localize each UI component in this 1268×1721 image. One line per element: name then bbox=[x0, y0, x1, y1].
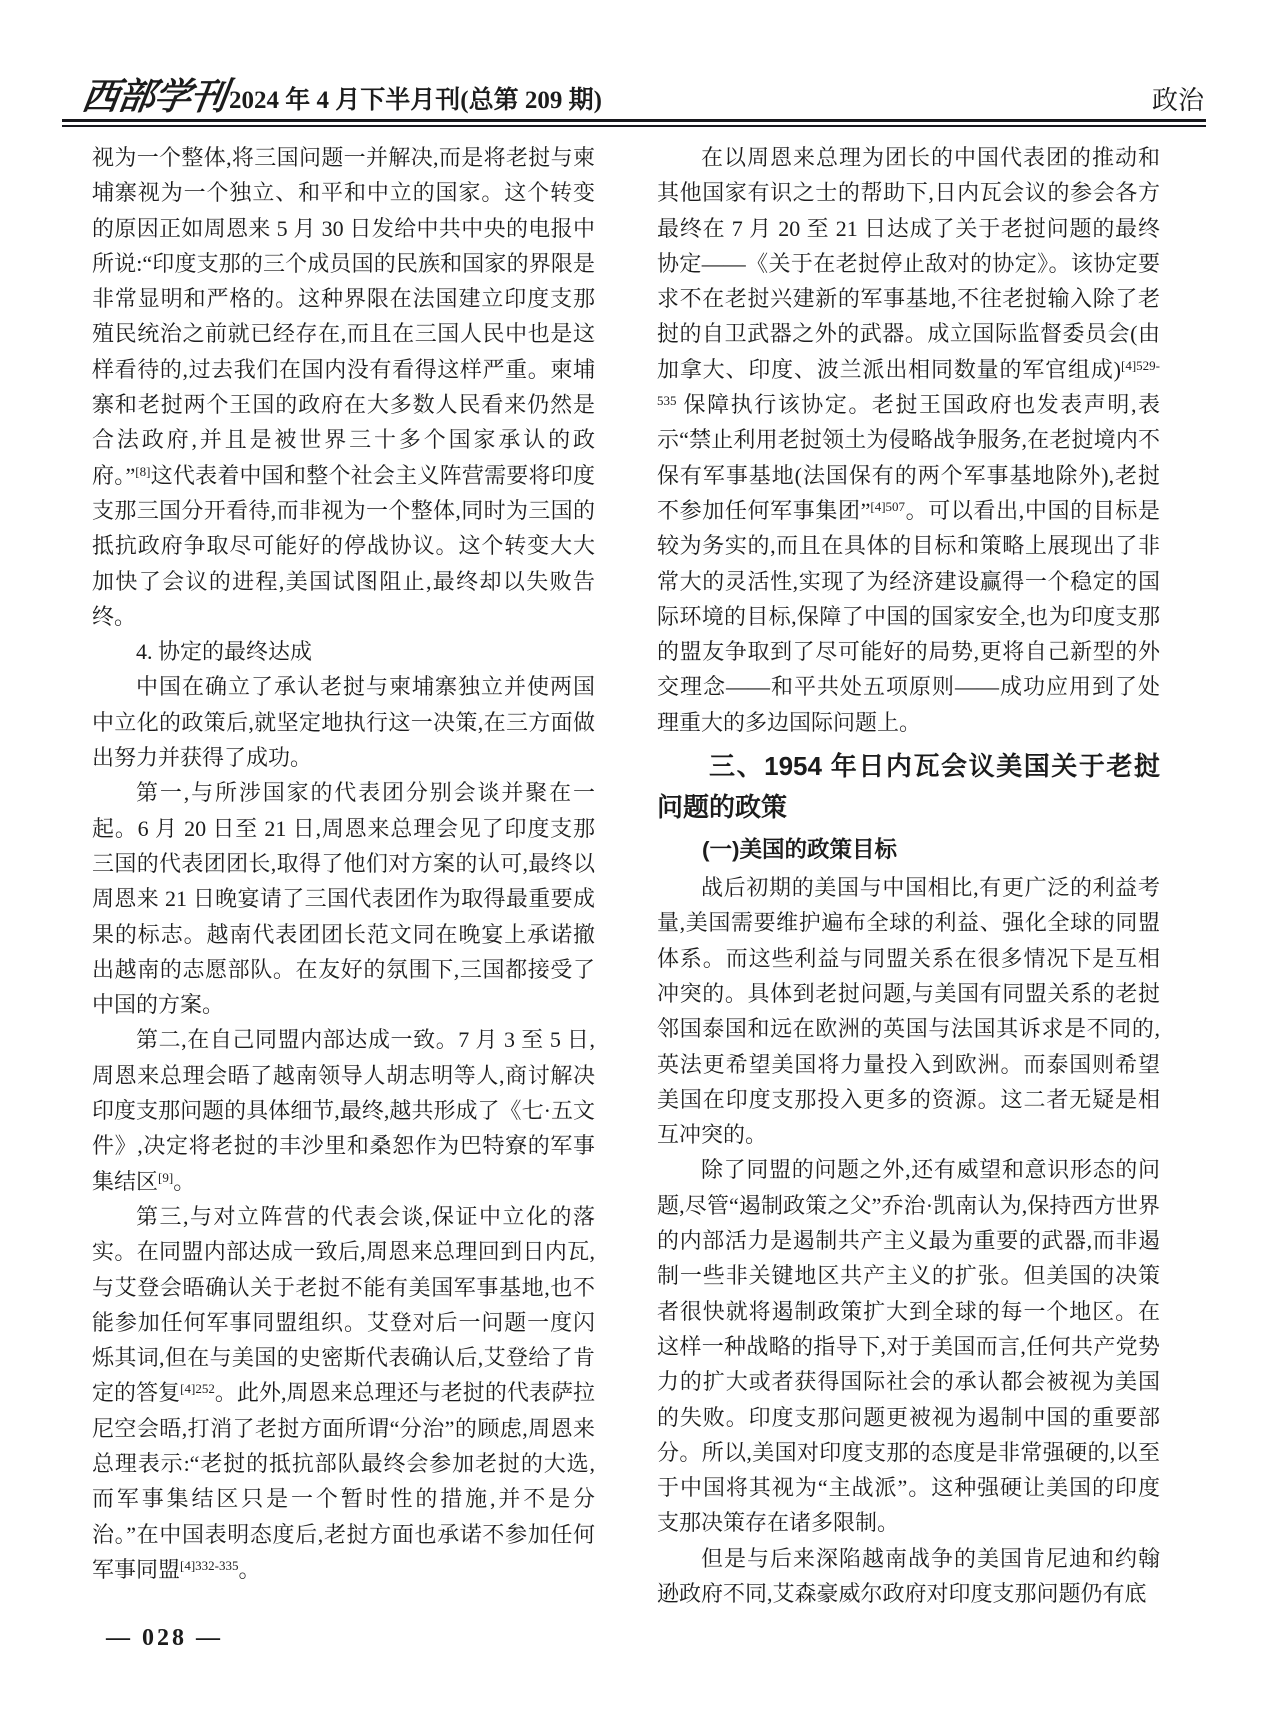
paragraph: 第一,与所涉国家的代表团分别会谈并聚在一起。6 月 20 日至 21 日,周恩来… bbox=[92, 775, 595, 1022]
paragraph: 第二,在自己同盟内部达成一致。7 月 3 至 5 日,周恩来总理会晤了越南领导人… bbox=[92, 1022, 595, 1198]
header-rule bbox=[62, 119, 1206, 127]
citation-ref: [8] bbox=[135, 464, 150, 479]
citation-ref: [9] bbox=[158, 1170, 173, 1185]
section-heading: 三、1954 年日内瓦会议美国关于老挝问题的政策 bbox=[657, 746, 1160, 828]
page-header: 西部学刊 2024 年 4 月下半月刊(总第 209 期) 政治 bbox=[62, 68, 1206, 116]
paragraph: 除了同盟的问题之外,还有威望和意识形态的问题,尽管“遏制政策之父”乔治·凯南认为… bbox=[657, 1152, 1160, 1540]
header-left: 西部学刊 2024 年 4 月下半月刊(总第 209 期) bbox=[62, 79, 602, 116]
paragraph: 中国在确立了承认老挝与柬埔寨独立并使两国中立化的政策后,就坚定地执行这一决策,在… bbox=[92, 669, 595, 775]
left-column: 视为一个整体,将三国问题一并解决,而是将老挝与柬埔寨视为一个独立、和平和中立的国… bbox=[92, 140, 595, 1587]
paragraph: 第三,与对立阵营的代表会谈,保证中立化的落实。在同盟内部达成一致后,周恩来总理回… bbox=[92, 1199, 595, 1587]
journal-logo: 西部学刊 bbox=[79, 79, 228, 116]
paragraph: 战后初期的美国与中国相比,有更广泛的利益考量,美国需要维护遍布全球的利益、强化全… bbox=[657, 870, 1160, 1152]
citation-ref: [4]507 bbox=[870, 499, 905, 514]
sub-heading: (一)美国的政策目标 bbox=[657, 832, 1160, 868]
journal-page: 西部学刊 2024 年 4 月下半月刊(总第 209 期) 政治 视为一个整体,… bbox=[0, 0, 1268, 1721]
section-label: 政治 bbox=[1152, 87, 1204, 116]
paragraph: 但是与后来深陷越南战争的美国肯尼迪和约翰逊政府不同,艾森豪威尔政府对印度支那问题… bbox=[657, 1541, 1160, 1612]
issue-info: 2024 年 4 月下半月刊(总第 209 期) bbox=[229, 87, 602, 116]
citation-ref: [4]529-535 bbox=[657, 358, 1160, 408]
citation-ref: [4]252 bbox=[180, 1381, 215, 1396]
paragraph: 视为一个整体,将三国问题一并解决,而是将老挝与柬埔寨视为一个独立、和平和中立的国… bbox=[92, 140, 595, 634]
subsection-number-heading: 4. 协定的最终达成 bbox=[92, 634, 595, 669]
page-number: — 028 — bbox=[106, 1625, 223, 1652]
right-column: 在以周恩来总理为团长的中国代表团的推动和其他国家有识之士的帮助下,日内瓦会议的参… bbox=[657, 140, 1160, 1611]
paragraph: 在以周恩来总理为团长的中国代表团的推动和其他国家有识之士的帮助下,日内瓦会议的参… bbox=[657, 140, 1160, 740]
citation-ref: [4]332-335 bbox=[180, 1558, 239, 1573]
